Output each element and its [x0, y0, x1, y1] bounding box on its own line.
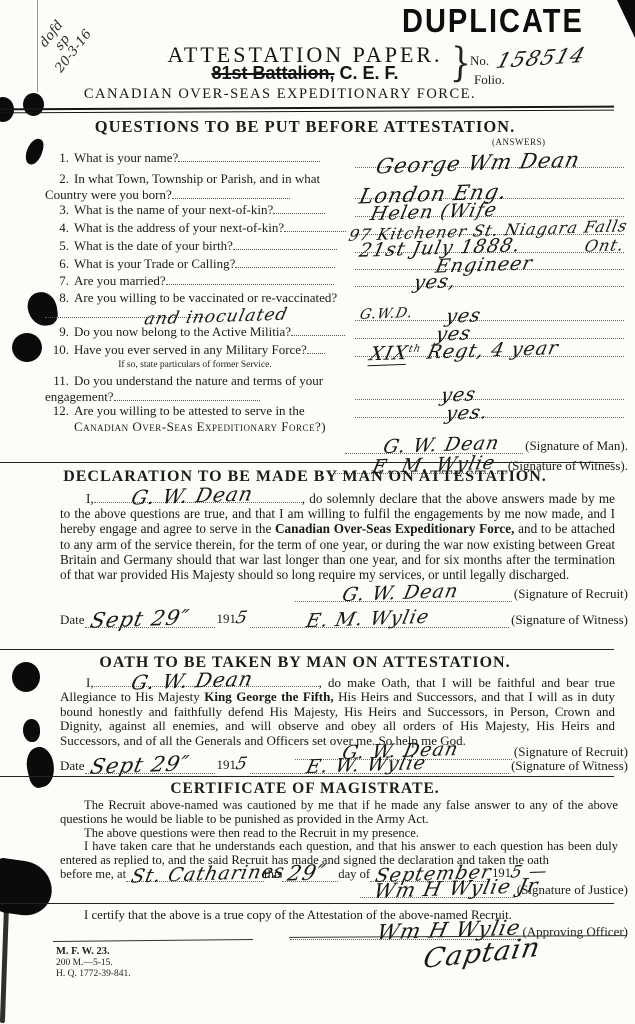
dotted-leader: [172, 187, 290, 199]
answer-line: G.W.D. yes: [355, 320, 624, 321]
handwritten-corner-note: dofd sp 20-3-16: [31, 10, 95, 75]
answers-column-label: (ANSWERS): [492, 137, 546, 147]
date-line: Sept 29″: [85, 759, 215, 774]
question-row: 12.Are you willing to be attested to ser…: [45, 403, 628, 433]
dotted-leader: [284, 220, 346, 232]
date-value: Sept 29″: [88, 751, 192, 778]
question-number: 8.: [45, 290, 69, 306]
magistrate-para2: The above questions were then read to th…: [60, 827, 618, 841]
signature-row: Wm H Wylie Jr (Signature of Justice): [60, 878, 628, 898]
question-row: 5.What is the date of your birth? 21st J…: [45, 238, 628, 256]
question-text: Have you ever served in any Military For…: [74, 342, 307, 357]
answer-line: 21st July 1888.: [355, 252, 624, 253]
bracket-icon: }: [450, 39, 472, 86]
signature-label: (Signature of Man).: [523, 438, 628, 454]
dotted-leader: [291, 324, 345, 336]
section-rule: [0, 776, 614, 777]
answer-line: Engineer: [355, 269, 624, 270]
date-line: Sept 29″: [85, 613, 215, 628]
answer-line: George Wm Dean: [355, 167, 624, 168]
name-fill: G. W. Dean: [94, 490, 302, 503]
date-value: Sept 29″: [88, 605, 192, 632]
ink-blot: [12, 333, 42, 362]
question-number: 5.: [45, 238, 69, 254]
declarant-name: G. W. Dean: [103, 486, 254, 506]
no-label: No.: [470, 53, 489, 68]
question-row: 6.What is your Trade or Calling? Enginee…: [45, 256, 628, 273]
section-rule: [0, 649, 614, 650]
signature-label: (Signature of Recruit): [512, 586, 628, 602]
question-row: 8.Are you willing to be vaccinated or re…: [45, 290, 628, 324]
questions-heading: QUESTIONS TO BE PUT BEFORE ATTESTATION.: [0, 117, 610, 137]
oath-name: G. W. Dean: [103, 671, 254, 691]
question-text: Are you married?: [74, 273, 166, 288]
dotted-leader: [273, 202, 325, 214]
question-number: 10.: [45, 342, 69, 358]
form-code-line: H. Q. 1772-39-841.: [56, 969, 131, 981]
questions-list: 1.What is your name? George Wm Dean 2.In…: [45, 150, 628, 474]
dotted-leader: [166, 273, 334, 285]
question-text: What is the date of your birth?: [74, 238, 233, 253]
name-fill: G. W. Dean: [94, 674, 319, 687]
declaration-paragraph: I,G. W. Dean, do solemnly declare that t…: [60, 490, 615, 582]
question-text: What is the address of your next-of-kin?: [74, 220, 284, 235]
signature-row: G. W. Dean (Signature of Man).: [45, 433, 628, 454]
date-label: Date: [60, 612, 85, 628]
intro-label: I,: [86, 675, 94, 690]
year-written: 5: [234, 608, 250, 628]
form-code-line: 200 M.—5-15.: [56, 958, 131, 970]
question-number: 3.: [45, 202, 69, 218]
question-text: Are you willing to be attested to serve …: [74, 403, 305, 418]
ink-streak: [0, 903, 9, 1023]
question-row: 2.In what Town, Township or Parish, and …: [45, 171, 628, 202]
year-written: 5: [234, 754, 250, 774]
signature-line: Wm H Wylie Jr: [360, 883, 515, 898]
attestation-paper-scan: DUPLICATE dofd sp 20-3-16 ATTESTATION PA…: [0, 0, 635, 1024]
question-number: 2.: [45, 171, 69, 187]
oath-bold-text: King George the Fifth,: [204, 689, 333, 704]
question-text: What is the name of your next-of-kin?: [74, 202, 273, 217]
section-rule: [0, 903, 614, 904]
question-row: 4.What is the address of your next-of-ki…: [45, 220, 628, 238]
question-text: What is your Trade or Calling?: [74, 256, 235, 271]
question-row: 7.Are you married? yes,: [45, 273, 628, 290]
question-row: 1.What is your name? George Wm Dean: [45, 150, 628, 171]
dotted-leader: [235, 256, 335, 268]
question-text: Do you now belong to the Active Militia?: [74, 324, 291, 339]
section-rule: [0, 462, 614, 463]
battalion-line: 81st Battalion, C. E. F.: [120, 63, 490, 84]
magistrate-heading: CERTIFICATE OF MAGISTRATE.: [0, 780, 610, 798]
ink-blot: [23, 136, 46, 166]
question-row: 3.What is the name of your next-of-kin? …: [45, 202, 628, 220]
dotted-leader: [233, 238, 337, 250]
year-cell: 1915: [215, 608, 250, 628]
question-number: 1.: [45, 150, 69, 166]
question-subnote: If so, state particulars of former Servi…: [65, 358, 325, 374]
force-title: CANADIAN OVER-SEAS EXPEDITIONARY FORCE.: [0, 86, 560, 103]
answer-line: yes: [355, 399, 624, 400]
form-code-line: M. F. W. 23.: [56, 946, 131, 958]
serial-number: 158514: [494, 43, 589, 73]
signature-label: (Signature of Witness): [509, 758, 628, 774]
answer-line: yes,: [355, 286, 624, 287]
declaration-heading: DECLARATION TO BE MADE BY MAN ON ATTESTA…: [0, 468, 610, 486]
signature-label: (Signature of Witness): [509, 612, 628, 628]
duplicate-stamp: DUPLICATE: [402, 3, 584, 41]
answer-line: XIXth Regt, 4 year: [355, 356, 624, 357]
signature-of-recruit: G. W. Dean: [340, 580, 461, 606]
dotted-leader: [114, 389, 260, 401]
dotted-leader: [307, 342, 325, 354]
question-number: 12.: [45, 403, 69, 419]
date-label: Date: [60, 758, 85, 774]
answer-value: yes.: [445, 405, 490, 422]
magistrate-para1: The Recruit above-named was cautioned by…: [60, 799, 618, 827]
double-rule: [0, 106, 614, 114]
battalion-struck-text: 81st Battalion,: [211, 63, 334, 83]
year-printed: 191: [217, 611, 237, 626]
question-number: 7.: [45, 273, 69, 289]
year-printed: 191: [217, 757, 237, 772]
question-text: What is your name?: [74, 150, 178, 165]
answer-regiment: XIX: [367, 342, 410, 366]
initials-note: G.W.D.: [359, 306, 415, 323]
answer-line: yes.: [355, 417, 624, 418]
answer-rest: Regt, 4 year: [418, 337, 561, 364]
oath-heading: OATH TO BE TAKEN BY MAN ON ATTESTATION.: [0, 654, 610, 672]
signature-of-witness: E. W. Wylie: [304, 752, 428, 778]
serial-row: No. 158514: [470, 46, 585, 70]
form-codes: M. F. W. 23. 200 M.—5-15. H. Q. 1772-39-…: [56, 946, 131, 981]
question-row: 11.Do you understand the nature and term…: [45, 373, 628, 403]
signature-of-witness: E. M. Wylie: [304, 606, 431, 632]
signature-of-justice: Wm H Wylie Jr: [372, 873, 541, 903]
declaration-bold-text: Canadian Over-Seas Expeditionary Force,: [275, 521, 514, 536]
dotted-leader: [178, 150, 320, 162]
question-number: 11.: [45, 373, 69, 389]
signature-line: E. W. Wylie: [250, 759, 509, 774]
question-row: 10.Have you ever served in any Military …: [45, 342, 628, 373]
question-text: Are you willing to be vaccinated or re-v…: [74, 290, 337, 305]
page-corner-fold: [617, 0, 635, 38]
question-number: 4.: [45, 220, 69, 236]
year-cell: 1915: [215, 754, 250, 774]
cef-suffix: C. E. F.: [335, 63, 399, 83]
intro-label: I,: [86, 491, 94, 506]
answer-value: yes,: [412, 274, 457, 291]
date-signature-row: Date Sept 29″ 1915 E. W. Wylie (Signatur…: [60, 752, 628, 774]
signature-line: E. M. Wylie: [250, 613, 509, 628]
question-number: 9.: [45, 324, 69, 340]
oath-paragraph: I,G. W. Dean, do make Oath, that I will …: [60, 674, 615, 748]
ink-blot: [23, 719, 40, 742]
signature-line: G. W. Dean: [295, 587, 512, 602]
question-text-smallcaps: Canadian Over-Seas Expeditionary Force?): [74, 419, 326, 434]
question-number: 6.: [45, 256, 69, 272]
signature-row: G. W. Dean (Signature of Recruit): [60, 582, 628, 602]
date-signature-row: Date Sept 29″ 1915 E. M. Wylie (Signatur…: [60, 606, 628, 628]
